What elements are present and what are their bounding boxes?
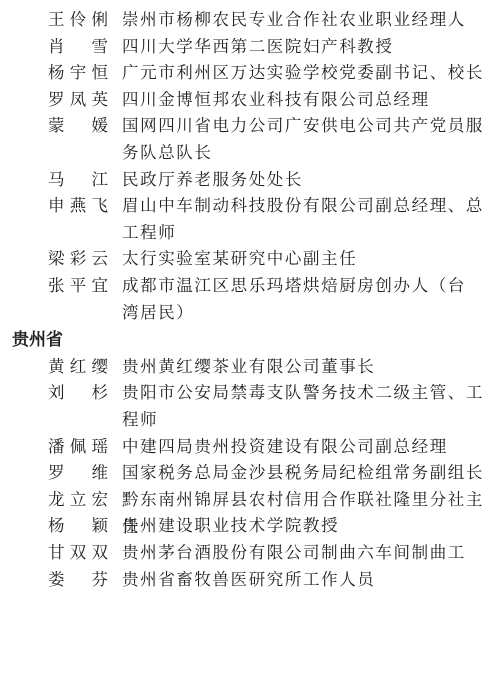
person-title: 眉山中车制动科技股份有限公司副总经理、总 (122, 192, 494, 219)
person-title: 贵州建设职业技术学院教授 (122, 512, 494, 539)
person-title: 太行实验室某研究中心副主任 (122, 245, 494, 272)
person-title: 贵州黄红缨茶业有限公司董事长 (122, 353, 494, 380)
person-name: 刘杉 (48, 379, 108, 406)
person-name: 龙立宏 (48, 486, 108, 513)
person-name: 罗凤英 (48, 86, 108, 113)
person-title-continued: 工程师 (122, 219, 494, 246)
person-name: 杨颖 (48, 512, 108, 539)
person-title: 贵州茅台酒股份有限公司制曲六车间制曲工 (122, 539, 494, 566)
person-name: 申燕飞 (48, 192, 108, 219)
person-title: 贵州省畜牧兽医研究所工作人员 (122, 566, 494, 593)
person-name: 娄芬 (48, 566, 108, 593)
person-title: 民政厅养老服务处处长 (122, 166, 494, 193)
person-title-continued: 程师 (122, 406, 494, 433)
person-name: 马江 (48, 166, 108, 193)
person-title: 四川金博恒邦农业科技有限公司总经理 (122, 86, 494, 113)
person-name: 梁彩云 (48, 245, 108, 272)
person-name: 王伶俐 (48, 6, 108, 33)
person-name: 罗维 (48, 459, 108, 486)
person-name: 肖雪 (48, 33, 108, 60)
person-title: 中建四局贵州投资建设有限公司副总经理 (122, 433, 494, 460)
person-title: 崇州市杨柳农民专业合作社农业职业经理人 (122, 6, 494, 33)
person-title-continued: 务队总队长 (122, 139, 494, 166)
person-title: 广元市利州区万达实验学校党委副书记、校长 (122, 59, 494, 86)
person-title: 国家税务总局金沙县税务局纪检组常务副组长 (122, 459, 494, 486)
person-title: 贵阳市公安局禁毒支队警务技术二级主管、工 (122, 379, 494, 406)
person-title: 国网四川省电力公司广安供电公司共产党员服 (122, 112, 494, 139)
person-name: 潘佩瑶 (48, 433, 108, 460)
person-name: 黄红缨 (48, 353, 108, 380)
person-name: 张平宜 (48, 272, 108, 299)
person-title-continued: 湾居民） (122, 299, 494, 326)
person-title: 四川大学华西第二医院妇产科教授 (122, 33, 494, 60)
person-name: 杨宇恒 (48, 59, 108, 86)
person-title: 成都市温江区思乐玛塔烘焙厨房创办人（台 (122, 272, 494, 299)
province-heading: 贵州省 (12, 327, 63, 354)
person-name: 蒙媛 (48, 112, 108, 139)
person-name: 甘双双 (48, 539, 108, 566)
